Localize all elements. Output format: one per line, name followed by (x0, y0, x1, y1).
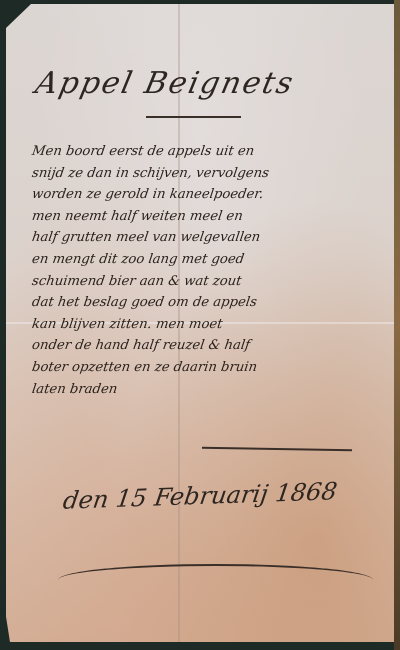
date-line: den 15 Februarij 1868 (61, 477, 339, 514)
recipe-title: Appel Beignets (32, 66, 298, 101)
body-line: en mengt dit zoo lang met goed (30, 249, 383, 271)
body-line: laten braden (30, 379, 383, 401)
body-line: half grutten meel van welgevallen (30, 227, 383, 249)
body-line: onder de hand half reuzel & half (30, 335, 383, 357)
body-line: kan blijven zitten. men moet (30, 314, 383, 336)
body-line: worden ze gerold in kaneelpoeder. (30, 184, 383, 206)
body-line: boter opzetten en ze daarin bruin (30, 357, 383, 379)
handwritten-recipe-page: Appel Beignets Men boord eerst de appels… (6, 4, 394, 642)
frame-edge (394, 0, 400, 650)
body-line: dat het beslag goed om de appels (30, 292, 383, 314)
closing-rule (202, 447, 352, 452)
body-line: snijd ze dan in schijven, vervolgens (30, 163, 383, 185)
bottom-flourish-rule (58, 564, 373, 580)
recipe-body: Men boord eerst de appels uit en snijd z… (32, 141, 382, 400)
body-line: Men boord eerst de appels uit en (30, 141, 383, 163)
title-underline (146, 116, 241, 118)
body-line: schuimend bier aan & wat zout (30, 271, 383, 293)
body-line: men neemt half weiten meel en (30, 206, 383, 228)
